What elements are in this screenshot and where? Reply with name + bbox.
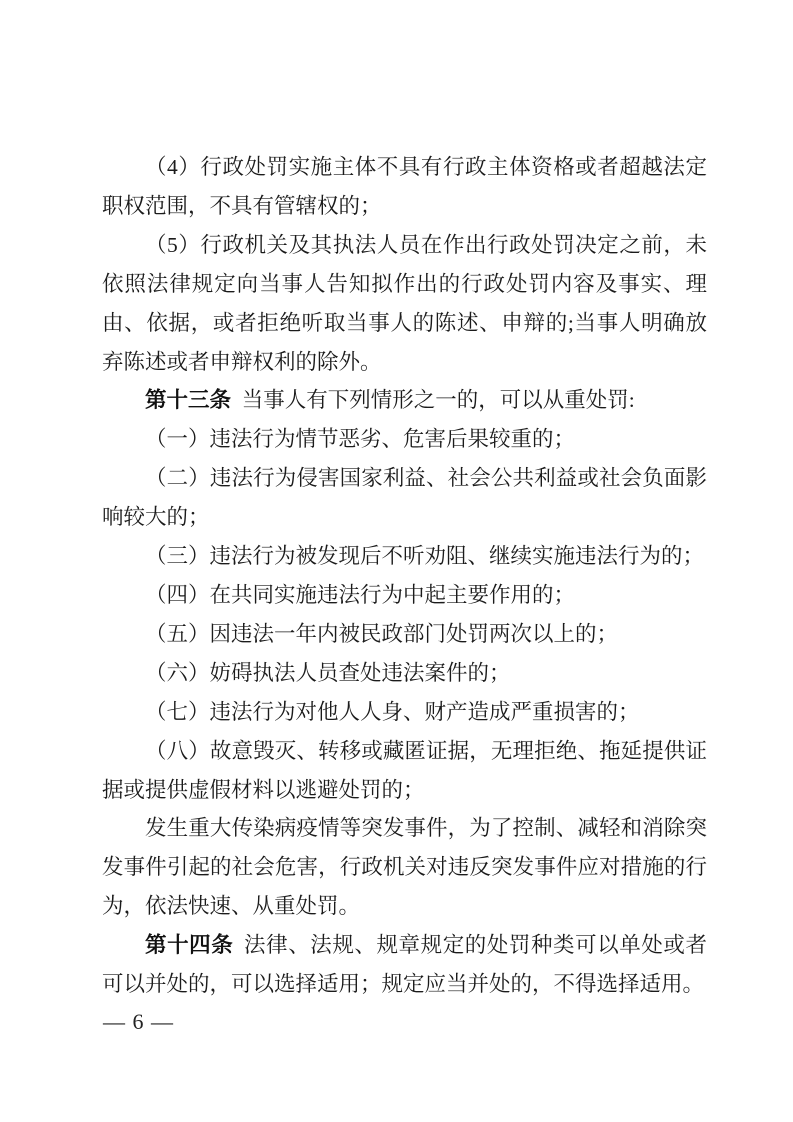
- paragraph: 第十四条法律、法规、规章规定的处罚种类可以单处或者可以并处的，可以选择适用；规定…: [102, 926, 707, 1004]
- paragraph: （5）行政机关及其执法人员在作出行政处罚决定之前，未依照法律规定向当事人告知拟作…: [102, 226, 707, 382]
- article-number: 第十三条: [145, 388, 231, 412]
- paragraph: 第十三条当事人有下列情形之一的，可以从重处罚:: [102, 381, 707, 420]
- paragraph-text: （4）行政处罚实施主体不具有行政主体资格或者超越法定职权范围，不具有管辖权的；: [102, 155, 707, 218]
- paragraph-text: （八）故意毁灭、转移或藏匿证据，无理拒绝、拖延提供证据或提供虚假材料以逃避处罚的…: [102, 739, 707, 802]
- paragraph: （三）违法行为被发现后不听劝阻、继续实施违法行为的；: [102, 537, 707, 576]
- paragraph-text: （5）行政机关及其执法人员在作出行政处罚决定之前，未依照法律规定向当事人告知拟作…: [102, 233, 707, 374]
- paragraph: （4）行政处罚实施主体不具有行政主体资格或者超越法定职权范围，不具有管辖权的；: [102, 148, 707, 226]
- paragraph-text: （五）因违法一年内被民政部门处罚两次以上的；: [145, 622, 618, 646]
- paragraph: （八）故意毁灭、转移或藏匿证据，无理拒绝、拖延提供证据或提供虚假材料以逃避处罚的…: [102, 732, 707, 810]
- paragraph-text: （四）在共同实施违法行为中起主要作用的；: [145, 583, 575, 607]
- paragraph: 发生重大传染病疫情等突发事件，为了控制、减轻和消除突发事件引起的社会危害，行政机…: [102, 809, 707, 926]
- paragraph-text: 当事人有下列情形之一的，可以从重处罚:: [242, 388, 635, 412]
- document-body: （4）行政处罚实施主体不具有行政主体资格或者超越法定职权范围，不具有管辖权的；（…: [102, 148, 707, 1004]
- paragraph: （四）在共同实施违法行为中起主要作用的；: [102, 576, 707, 615]
- paragraph-text: 发生重大传染病疫情等突发事件，为了控制、减轻和消除突发事件引起的社会危害，行政机…: [102, 816, 707, 918]
- paragraph-text: （一）违法行为情节恶劣、危害后果较重的；: [145, 427, 575, 451]
- document-page: （4）行政处罚实施主体不具有行政主体资格或者超越法定职权范围，不具有管辖权的；（…: [0, 0, 793, 1122]
- paragraph: （七）违法行为对他人人身、财产造成严重损害的；: [102, 693, 707, 732]
- paragraph-text: （七）违法行为对他人人身、财产造成严重损害的；: [145, 700, 640, 724]
- paragraph-text: （二）违法行为侵害国家利益、社会公共利益或社会负面影响较大的；: [102, 466, 707, 529]
- article-number: 第十四条: [145, 933, 233, 957]
- paragraph: （二）违法行为侵害国家利益、社会公共利益或社会负面影响较大的；: [102, 459, 707, 537]
- paragraph: （五）因违法一年内被民政部门处罚两次以上的；: [102, 615, 707, 654]
- paragraph-text: （三）违法行为被发现后不听劝阻、继续实施违法行为的；: [145, 544, 704, 568]
- page-number-footer: — 6 —: [103, 1007, 174, 1037]
- paragraph: （一）违法行为情节恶劣、危害后果较重的；: [102, 420, 707, 459]
- paragraph: （六）妨碍执法人员查处违法案件的；: [102, 654, 707, 693]
- paragraph-text: （六）妨碍执法人员查处违法案件的；: [145, 661, 511, 685]
